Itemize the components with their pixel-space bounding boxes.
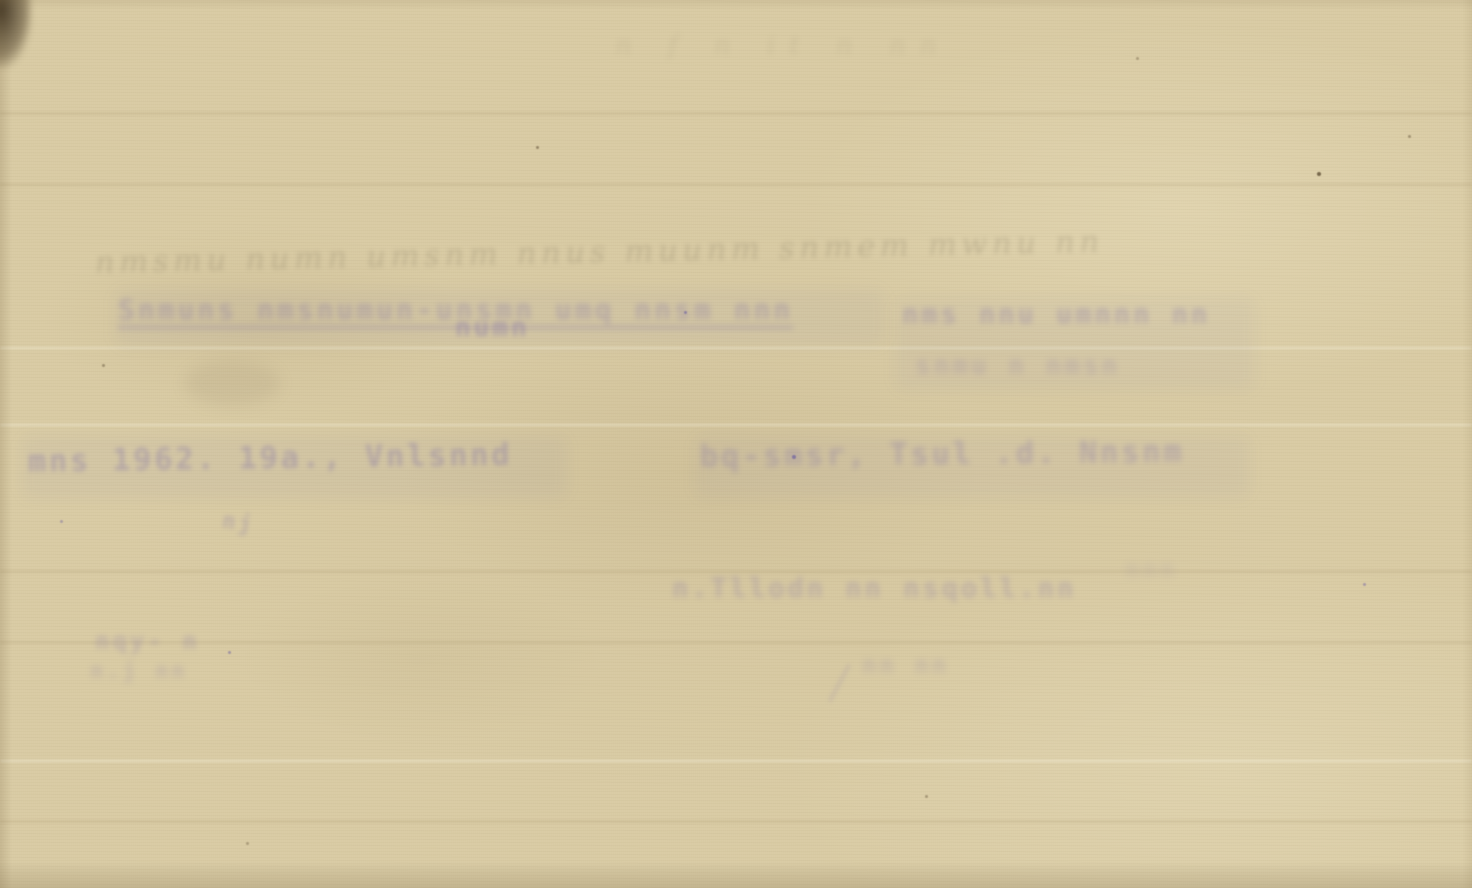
archival-card-verso: n f n it n nn nmsmu numn umsnm nnus muun… xyxy=(0,0,1472,888)
bleed-top-traces: n f n it n nn xyxy=(615,32,950,61)
bleed-typed-mid: n.Tllodn nn nsqoll.nn xyxy=(672,574,1076,604)
pen-stroke xyxy=(828,664,850,702)
crease-line xyxy=(0,760,1472,762)
paper-texture xyxy=(0,0,1472,888)
bleed-typed-year-left: mns 1962. 19a., Vnlsnnd xyxy=(28,439,513,479)
bleed-small-mark: nj xyxy=(220,509,256,538)
bleed-mid-right-smudge: nnn xyxy=(1125,556,1177,582)
paper-stains xyxy=(0,0,1472,888)
ink-speck xyxy=(246,842,249,845)
ink-speck xyxy=(1136,57,1139,60)
ink-smear xyxy=(115,290,885,346)
bleed-bottom-mid: nn nn xyxy=(862,652,949,678)
ink-smear xyxy=(895,298,1255,390)
ink-speck xyxy=(1317,172,1321,176)
ink-speck xyxy=(792,455,796,459)
ink-speck xyxy=(684,311,687,314)
bleed-bottom-left-b: n.j nn xyxy=(90,660,187,684)
corner-smudge xyxy=(0,0,32,68)
ink-speck xyxy=(536,146,539,149)
bleed-typed-dense-blob: numn xyxy=(455,314,530,343)
bleed-typed-underlined: Snmuns nmsnumun-unsmn umq nnsm nnn xyxy=(118,295,793,326)
ink-smear xyxy=(695,436,1250,498)
ink-smear xyxy=(22,436,567,498)
ink-speck xyxy=(60,520,63,523)
crease-line xyxy=(0,820,1472,823)
ink-speck xyxy=(1408,135,1411,138)
bleed-graphite-scrawl: nmsmu numn umsnm nnus muunm snmem mwnu n… xyxy=(95,225,1105,279)
bleed-typed-right-upper: nms nnu umnnn nn xyxy=(902,300,1210,330)
bleed-typed-right-lower: snmu n nmsn xyxy=(915,352,1120,381)
crease-line xyxy=(0,570,1472,573)
crease-line xyxy=(0,424,1472,426)
bleed-bottom-left-a: nqy- n xyxy=(95,628,200,654)
ink-speck xyxy=(925,795,928,798)
ring-smudge xyxy=(185,360,280,406)
crease-line xyxy=(0,641,1472,644)
bleed-typed-year-right: bq-smsr, Tsul .d. Nnsnm xyxy=(700,435,1185,473)
ink-speck xyxy=(102,364,105,367)
crease-line xyxy=(0,183,1472,186)
ink-speck xyxy=(1363,583,1366,586)
ink-speck xyxy=(228,651,231,654)
crease-line xyxy=(0,112,1472,115)
crease-line xyxy=(0,347,1472,349)
paper-vignette xyxy=(0,0,1472,888)
